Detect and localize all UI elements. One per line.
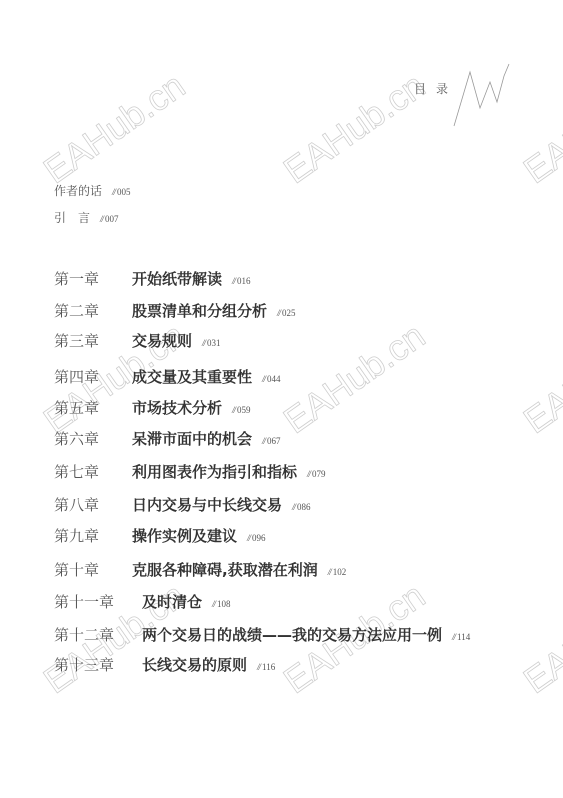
chapter-page: 096 (252, 533, 266, 543)
chapter-label: 第十章 (54, 559, 132, 580)
chapter-title: 克服各种障碍,获取潜在利润 (132, 561, 318, 579)
chapter-page: 114 (457, 632, 470, 642)
chapter-title: 呆滞市面中的机会 (132, 430, 252, 448)
chapter-label: 第十一章 (54, 591, 142, 612)
toc-chapter-10[interactable]: 第十章克服各种障碍,获取潜在利润//102 (54, 559, 346, 580)
chapter-title: 利用图表作为指引和指标 (132, 463, 297, 481)
toc-chapter-11[interactable]: 第十一章及时清仓//108 (54, 591, 231, 612)
toc-item-label: 作者的话 (54, 184, 102, 198)
toc-chapter-8[interactable]: 第八章日内交易与中长线交易//086 (54, 494, 311, 515)
chapter-label: 第二章 (54, 300, 132, 321)
chapter-label: 第一章 (54, 268, 132, 289)
chapter-page: 086 (297, 502, 311, 512)
toc-item-page: 007 (105, 214, 119, 224)
toc-item-page: 005 (117, 187, 131, 197)
watermark: EAHub.cn (516, 65, 563, 192)
chapter-title: 成交量及其重要性 (132, 368, 252, 386)
watermark: EAHub.cn (276, 65, 433, 192)
toc-chapter-12[interactable]: 第十二章两个交易日的战绩——我的交易方法应用一例//114 (54, 624, 470, 645)
chapter-label: 第四章 (54, 366, 132, 387)
chapter-page: 025 (282, 308, 296, 318)
watermark: EAHub.cn (36, 65, 193, 192)
chapter-title: 市场技术分析 (132, 399, 222, 417)
watermark: EAHub.cn (516, 315, 563, 442)
chapter-page: 079 (312, 469, 326, 479)
chapter-label: 第七章 (54, 461, 132, 482)
chapter-label: 第九章 (54, 525, 132, 546)
toc-chapter-2[interactable]: 第二章股票清单和分组分析//025 (54, 300, 296, 321)
toc-chapter-6[interactable]: 第六章呆滞市面中的机会//067 (54, 428, 281, 449)
toc-item-author-note[interactable]: 作者的话//005 (54, 182, 131, 199)
chapter-title: 开始纸带解读 (132, 270, 222, 288)
chapter-page: 116 (262, 662, 275, 672)
toc-chapter-5[interactable]: 第五章市场技术分析//059 (54, 397, 251, 418)
chapter-label: 第八章 (54, 494, 132, 515)
chapter-page: 016 (237, 276, 251, 286)
chapter-label: 第六章 (54, 428, 132, 449)
chapter-page: 059 (237, 405, 251, 415)
chapter-label: 第十三章 (54, 654, 142, 675)
zigzag-line-icon (452, 58, 512, 128)
toc-item-introduction[interactable]: 引 言//007 (54, 209, 119, 226)
chapter-label: 第五章 (54, 397, 132, 418)
chapter-title: 及时清仓 (142, 593, 202, 611)
toc-chapter-9[interactable]: 第九章操作实例及建议//096 (54, 525, 266, 546)
chapter-page: 102 (333, 567, 347, 577)
chapter-title: 日内交易与中长线交易 (132, 496, 282, 514)
watermark: EAHub.cn (516, 575, 563, 702)
toc-item-label: 引 言 (54, 211, 90, 225)
chapter-label: 第十二章 (54, 624, 142, 645)
toc-page: EAHub.cn EAHub.cn EAHub.cn EAHub.cn EAHu… (0, 0, 563, 798)
chapter-page: 044 (267, 374, 281, 384)
chapter-title: 股票清单和分组分析 (132, 302, 267, 320)
toc-chapter-4[interactable]: 第四章成交量及其重要性//044 (54, 366, 281, 387)
chapter-page: 031 (207, 338, 221, 348)
chapter-page: 067 (267, 436, 281, 446)
chapter-title: 长线交易的原则 (142, 656, 247, 674)
toc-chapter-3[interactable]: 第三章交易规则//031 (54, 330, 221, 351)
toc-chapter-13[interactable]: 第十三章长线交易的原则//116 (54, 654, 275, 675)
watermark: EAHub.cn (276, 315, 433, 442)
chapter-label: 第三章 (54, 330, 132, 351)
toc-chapter-7[interactable]: 第七章利用图表作为指引和指标//079 (54, 461, 326, 482)
toc-chapter-1[interactable]: 第一章开始纸带解读//016 (54, 268, 251, 289)
chapter-title: 两个交易日的战绩——我的交易方法应用一例 (142, 626, 442, 644)
chapter-title: 交易规则 (132, 332, 192, 350)
chapter-title: 操作实例及建议 (132, 527, 237, 545)
chapter-page: 108 (217, 599, 231, 609)
